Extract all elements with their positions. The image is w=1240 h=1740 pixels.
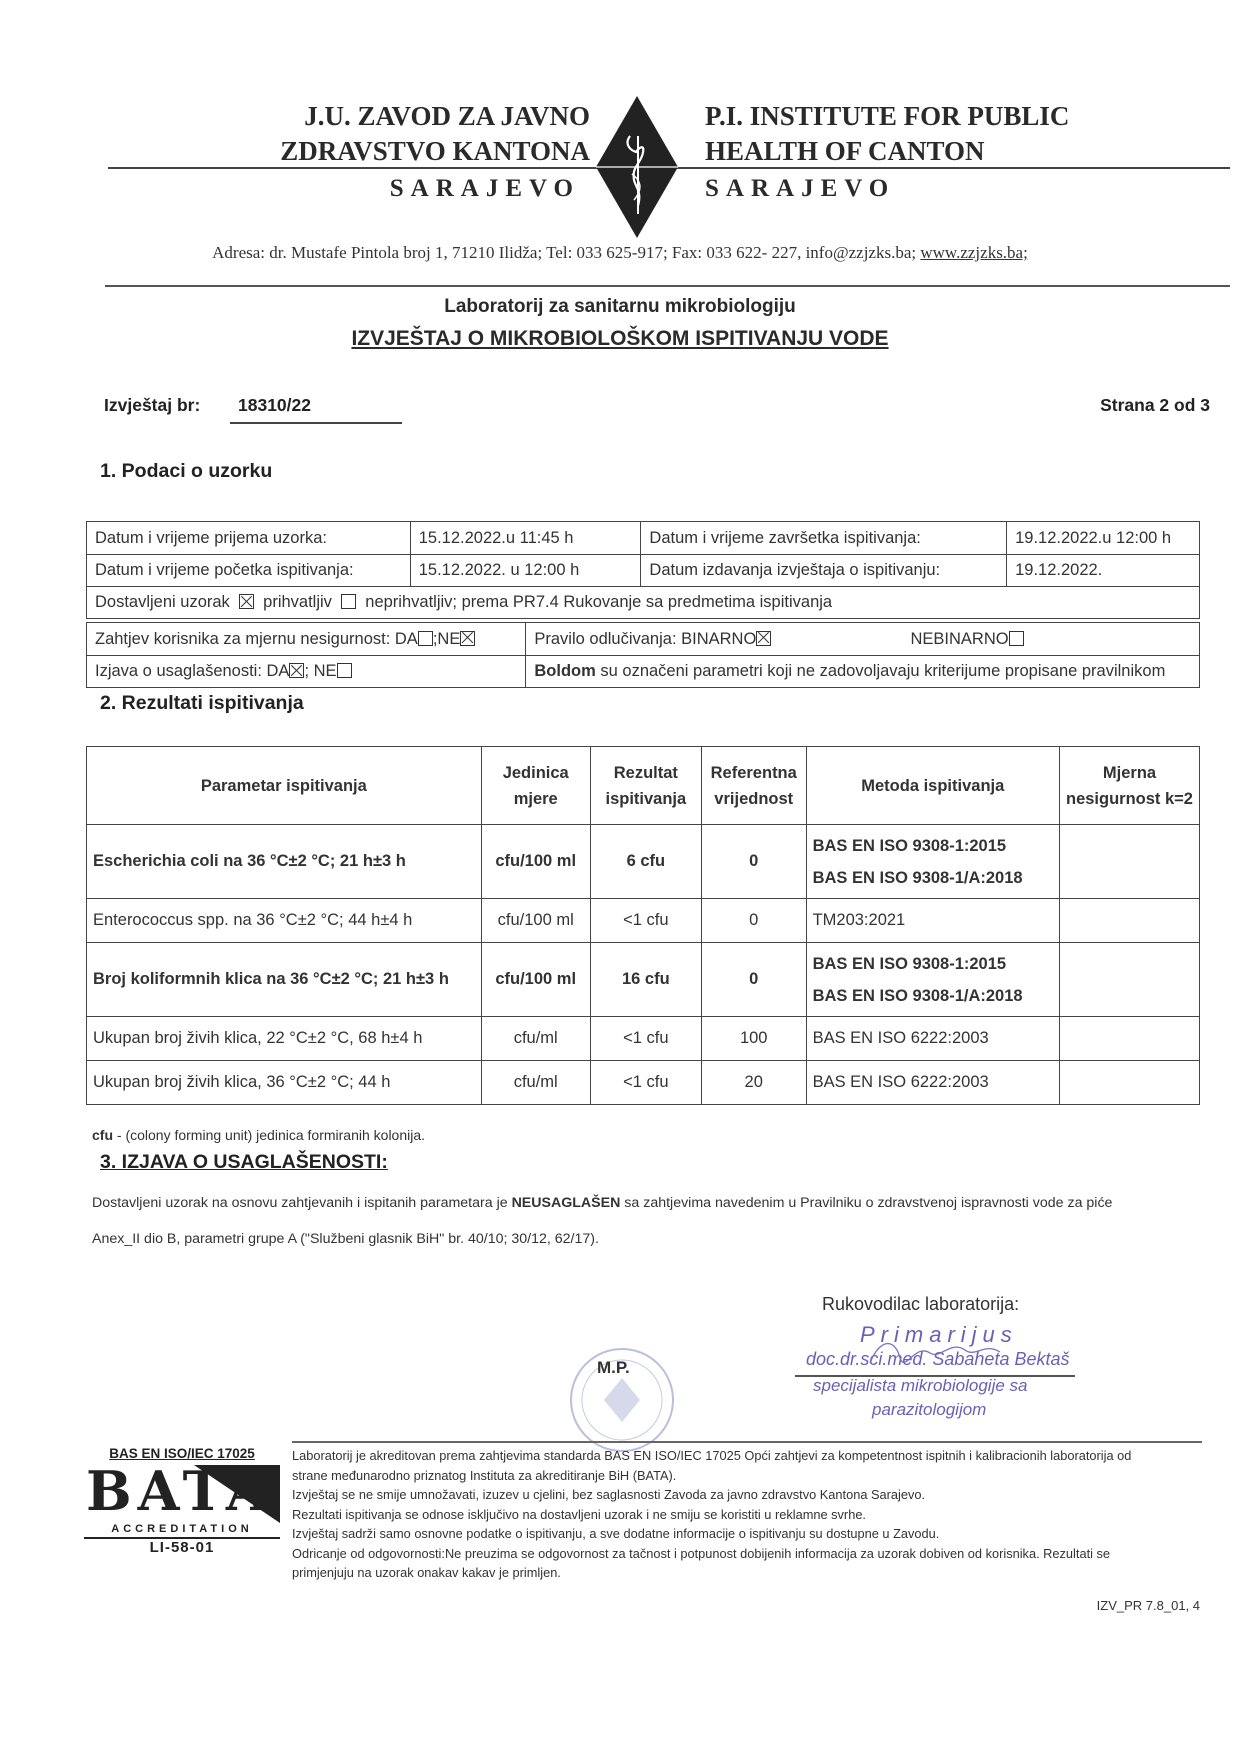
uncertainty-ne-label: ;NE <box>433 630 461 648</box>
lab-name: Laboratorij za sanitarnu mikrobiologiju <box>0 296 1240 318</box>
end-value: 19.12.2022.u 12:00 h <box>1007 522 1200 555</box>
footnote-text: - (colony forming unit) jedinica formira… <box>113 1127 425 1143</box>
footer-line: Laboratorij je akreditovan prema zahtjev… <box>292 1446 1202 1466</box>
report-number-underline <box>230 422 402 424</box>
sample-label: Dostavljeni uzorak <box>95 593 230 611</box>
handwritten-signature-icon <box>860 1328 1040 1378</box>
method-cell: BAS EN ISO 9308-1:2015BAS EN ISO 9308-1/… <box>806 825 1059 899</box>
section-3-title: 3. IZJAVA O USAGLAŠENOSTI: <box>100 1151 388 1174</box>
document-title-text: IZVJEŠTAJ O MIKROBIOLOŠKOM ISPITIVANJU V… <box>351 327 888 350</box>
uncertainty-cell <box>1059 943 1199 1017</box>
section-2-title: 2. Rezultati ispitivanja <box>100 692 304 715</box>
address-divider <box>105 285 1230 287</box>
parameter-cell: Enterococcus spp. na 36 °C±2 °C; 44 h±4 … <box>87 899 482 943</box>
sample-info-table: Datum i vrijeme prijema uzorka: 15.12.20… <box>86 521 1200 619</box>
results-table: Parametar ispitivanja Jedinicamjere Rezu… <box>86 746 1200 1105</box>
bold-note-emphasis: Boldom <box>534 662 595 680</box>
header-left-city: SARAJEVO <box>280 173 580 205</box>
parameter-cell: Ukupan broj živih klica, 22 °C±2 °C, 68 … <box>87 1017 482 1061</box>
unacceptable-label: neprihvatljiv; prema PR7.4 Rukovanje sa … <box>365 593 832 611</box>
uncertainty-ne-checkbox[interactable] <box>460 631 475 646</box>
nonbinary-label: NEBINARNO <box>910 630 1008 648</box>
bata-logo-text: BATA <box>86 1459 274 1523</box>
address-text: Adresa: dr. Mustafe Pintola broj 1, 7121… <box>212 243 920 262</box>
reference-cell: 20 <box>701 1061 806 1105</box>
method-line: BAS EN ISO 6222:2003 <box>813 1029 1053 1048</box>
header-right-line-1: P.I. INSTITUTE FOR PUBLIC <box>705 100 1069 132</box>
stamp-label: M.P. <box>597 1358 630 1378</box>
result-cell: 6 cfu <box>590 825 701 899</box>
sample-info-row: Datum i vrijeme početka ispitivanja: 15.… <box>87 555 1200 587</box>
end-label: Datum i vrijeme završetka ispitivanja: <box>641 522 1007 555</box>
uncertainty-cell <box>1059 1061 1199 1105</box>
footer-line: strane međunarodno priznatog Instituta z… <box>292 1466 1202 1486</box>
decision-rule-label: Pravilo odlučivanja: BINARNO <box>534 630 756 648</box>
signature-specialty-2: parazitologijom <box>872 1400 986 1420</box>
uncertainty-cell <box>1059 825 1199 899</box>
issue-label: Datum izdavanja izvještaja o ispitivanju… <box>641 555 1007 587</box>
column-header-method: Metoda ispitivanja <box>806 747 1059 825</box>
method-line: BAS EN ISO 9308-1:2015 <box>813 830 1053 862</box>
footer-divider <box>292 1441 1202 1443</box>
sample-info-row: Datum i vrijeme prijema uzorka: 15.12.20… <box>87 522 1200 555</box>
results-row: Broj koliformnih klica na 36 °C±2 °C; 21… <box>87 943 1200 1017</box>
reference-cell: 0 <box>701 899 806 943</box>
reference-cell: 100 <box>701 1017 806 1061</box>
header-left-line-1: J.U. ZAVOD ZA JAVNO <box>280 100 590 132</box>
results-row: Enterococcus spp. na 36 °C±2 °C; 44 h±4 … <box>87 899 1200 943</box>
signature-specialty-1: specijalista mikrobiologije sa <box>813 1376 1027 1396</box>
parameter-cell: Broj koliformnih klica na 36 °C±2 °C; 21… <box>87 943 482 1017</box>
parameter-cell: Ukupan broj živih klica, 36 °C±2 °C; 44 … <box>87 1061 482 1105</box>
uncertainty-decision-row: Zahtjev korisnika za mjernu nesigurnost:… <box>87 623 1200 656</box>
lab-head-label: Rukovodilac laboratorija: <box>822 1294 1019 1315</box>
acceptable-checkbox[interactable] <box>239 594 254 609</box>
start-label: Datum i vrijeme početka ispitivanja: <box>87 555 411 587</box>
conformity-ne-label: ; NE <box>304 662 336 680</box>
column-header-reference: Referentnavrijednost <box>701 747 806 825</box>
result-cell: 16 cfu <box>590 943 701 1017</box>
result-cell: <1 cfu <box>590 899 701 943</box>
column-header-result: Rezultatispitivanja <box>590 747 701 825</box>
bata-logo-mark: BATA <box>84 1463 280 1523</box>
footer-line: primjenjuju na uzorak onakav kakav je pr… <box>292 1563 1202 1583</box>
unit-cell: cfu/100 ml <box>481 825 590 899</box>
bold-note-text: su označeni parametri koji ne zadovoljav… <box>596 662 1166 680</box>
result-cell: <1 cfu <box>590 1017 701 1061</box>
footer-disclaimer: Laboratorij je akreditovan prema zahtjev… <box>292 1446 1202 1583</box>
binary-checkbox[interactable] <box>756 631 771 646</box>
document-title: IZVJEŠTAJ O MIKROBIOLOŠKOM ISPITIVANJU V… <box>0 327 1240 351</box>
reference-cell: 0 <box>701 825 806 899</box>
section-1-title: 1. Podaci o uzorku <box>100 460 272 483</box>
method-cell: BAS EN ISO 6222:2003 <box>806 1017 1059 1061</box>
method-cell: BAS EN ISO 6222:2003 <box>806 1061 1059 1105</box>
form-code: IZV_PR 7.8_01, 4 <box>1097 1598 1200 1613</box>
footer-line: Rezultati ispitivanja se odnose isključi… <box>292 1505 1202 1525</box>
uncertainty-da-checkbox[interactable] <box>418 631 433 646</box>
bata-logo-subtitle: ACCREDITATION <box>84 1523 280 1539</box>
method-line: TM203:2021 <box>813 911 1053 930</box>
website-link[interactable]: www.zzjzks.ba; <box>920 243 1027 262</box>
unit-cell: cfu/ml <box>481 1017 590 1061</box>
issue-value: 19.12.2022. <box>1007 555 1200 587</box>
uncertainty-cell <box>1059 899 1199 943</box>
column-header-parameter: Parametar ispitivanja <box>87 747 482 825</box>
results-header-row: Parametar ispitivanja Jedinicamjere Rezu… <box>87 747 1200 825</box>
report-number: 18310/22 <box>238 395 311 416</box>
method-line: BAS EN ISO 9308-1/A:2018 <box>813 980 1053 1012</box>
uncertainty-label: Zahtjev korisnika za mjernu nesigurnost:… <box>95 630 418 648</box>
sample-options-table: Zahtjev korisnika za mjernu nesigurnost:… <box>86 622 1200 688</box>
institution-name-english: P.I. INSTITUTE FOR PUBLIC HEALTH OF CANT… <box>705 100 1069 205</box>
footnote-term: cfu <box>92 1127 113 1143</box>
statement-text-2: sa zahtjevima navedenim u Pravilniku o z… <box>620 1195 1112 1211</box>
report-number-label: Izvještaj br: <box>104 395 200 416</box>
column-header-uncertainty: Mjernanesigurnost k=2 <box>1059 747 1199 825</box>
conformity-label: Izjava o usaglašenosti: DA <box>95 662 289 680</box>
results-row: Escherichia coli na 36 °C±2 °C; 21 h±3 h… <box>87 825 1200 899</box>
accreditation-code: LI-58-01 <box>84 1539 280 1556</box>
conformity-da-checkbox[interactable] <box>289 663 304 678</box>
unacceptable-checkbox[interactable] <box>341 594 356 609</box>
method-cell: TM203:2021 <box>806 899 1059 943</box>
diamond-caduceus-logo-icon <box>596 96 678 238</box>
reference-cell: 0 <box>701 943 806 1017</box>
sample-acceptance-row: Dostavljeni uzorak prihvatljiv neprihvat… <box>87 587 1200 619</box>
method-line: BAS EN ISO 9308-1:2015 <box>813 948 1053 980</box>
conformity-ne-checkbox[interactable] <box>337 663 352 678</box>
footer-line: Odricanje od odgovornosti:Ne preuzima se… <box>292 1544 1202 1564</box>
parameter-cell: Escherichia coli na 36 °C±2 °C; 21 h±3 h <box>87 825 482 899</box>
unit-cell: cfu/100 ml <box>481 943 590 1017</box>
conformity-row: Izjava o usaglašenosti: DA; NE Boldom su… <box>87 656 1200 688</box>
statement-text-3: Anex_II dio B, parametri grupe A ("Služb… <box>92 1221 1112 1257</box>
conformity-statement: Dostavljeni uzorak na osnovu zahtjevanih… <box>92 1185 1112 1257</box>
header-right-city: SARAJEVO <box>705 173 1069 205</box>
method-cell: BAS EN ISO 9308-1:2015BAS EN ISO 9308-1/… <box>806 943 1059 1017</box>
cfu-footnote: cfu - (colony forming unit) jedinica for… <box>92 1127 425 1143</box>
column-header-unit: Jedinicamjere <box>481 747 590 825</box>
header-right-line-2: HEALTH OF CANTON <box>705 135 1069 167</box>
nonbinary-checkbox[interactable] <box>1009 631 1024 646</box>
acceptable-label: prihvatljiv <box>263 593 332 611</box>
results-row: Ukupan broj živih klica, 22 °C±2 °C, 68 … <box>87 1017 1200 1061</box>
unit-cell: cfu/100 ml <box>481 899 590 943</box>
page-indicator: Strana 2 od 3 <box>1100 395 1210 416</box>
uncertainty-cell <box>1059 1017 1199 1061</box>
method-line: BAS EN ISO 9308-1/A:2018 <box>813 862 1053 894</box>
institution-name-local: J.U. ZAVOD ZA JAVNO ZDRAVSTVO KANTONA SA… <box>280 100 590 205</box>
address-line: Adresa: dr. Mustafe Pintola broj 1, 7121… <box>0 243 1240 263</box>
header-left-line-2: ZDRAVSTVO KANTONA <box>280 135 590 167</box>
received-label: Datum i vrijeme prijema uzorka: <box>87 522 411 555</box>
unit-cell: cfu/ml <box>481 1061 590 1105</box>
received-value: 15.12.2022.u 11:45 h <box>410 522 641 555</box>
statement-text-1: Dostavljeni uzorak na osnovu zahtjevanih… <box>92 1195 512 1211</box>
footer-line: Izvještaj sadrži samo osnovne podatke o … <box>292 1524 1202 1544</box>
result-cell: <1 cfu <box>590 1061 701 1105</box>
start-value: 15.12.2022. u 12:00 h <box>410 555 641 587</box>
results-row: Ukupan broj živih klica, 36 °C±2 °C; 44 … <box>87 1061 1200 1105</box>
non-conformity-verdict: NEUSAGLAŠEN <box>512 1195 621 1211</box>
bata-accreditation-logo: BAS EN ISO/IEC 17025 BATA ACCREDITATION … <box>84 1446 280 1556</box>
footer-line: Izvještaj se ne smije umnožavati, izuzev… <box>292 1485 1202 1505</box>
method-line: BAS EN ISO 6222:2003 <box>813 1073 1053 1092</box>
